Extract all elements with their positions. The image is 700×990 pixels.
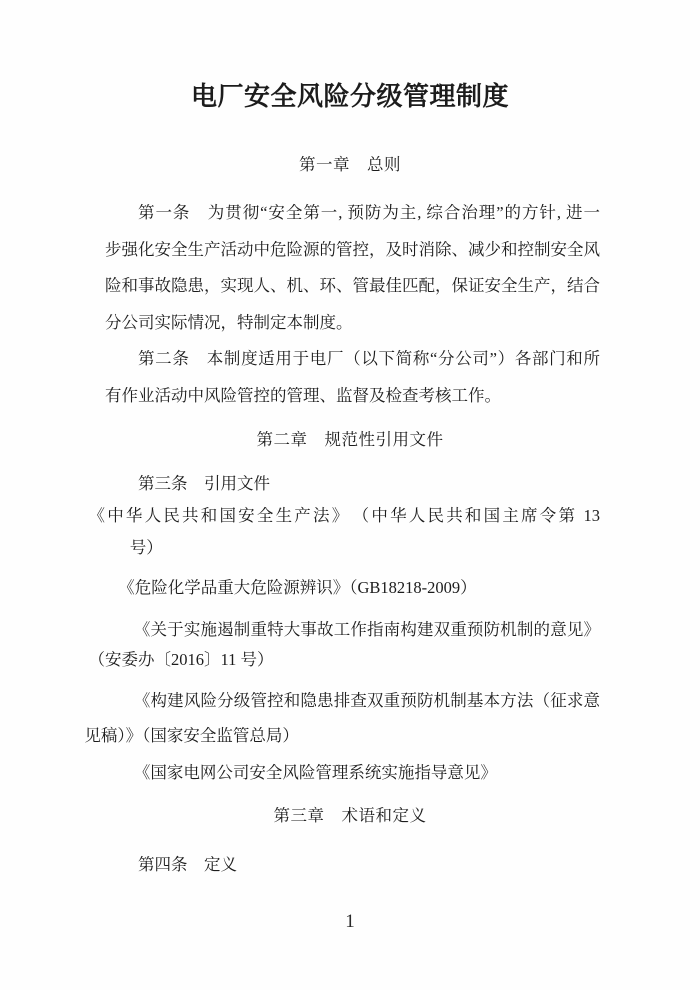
- article3-heading: 第三条 引用文件: [105, 471, 600, 497]
- reference3-line-1: 《关于实施遏制重特大事故工作指南构建双重预防机制的意见》: [105, 617, 600, 643]
- article1-line-1: 第一条 为贯彻“安全第一, 预防为主, 综合治理”的方针, 进一: [105, 195, 600, 232]
- chapter1-body: 第一条 为贯彻“安全第一, 预防为主, 综合治理”的方针, 进一 步强化安全生产…: [105, 195, 600, 415]
- reference3-line-2: （安委办〔2016〕11 号）: [105, 647, 600, 673]
- chapter3-heading: 第三章 术语和定义: [0, 803, 700, 829]
- document-title: 电厂安全风险分级管理制度: [0, 80, 700, 114]
- reference4-line-1: 《构建风险分级管控和隐患排查双重预防机制基本方法（征求意: [105, 688, 600, 714]
- article1-line-2: 步强化安全生产活动中危险源的管控，及时消除、减少和控制安全风: [105, 232, 600, 269]
- reference2-line-1: 《危险化学品重大危险源辨识》（GB18218-2009）: [105, 575, 600, 601]
- article4-heading: 第四条 定义: [105, 852, 600, 878]
- article2-line-1: 第二条 本制度适用于电厂（以下简称“分公司”）各部门和所: [105, 341, 600, 378]
- document-page: 电厂安全风险分级管理制度 第一章 总则 第一条 为贯彻“安全第一, 预防为主, …: [0, 0, 700, 990]
- article2-line-2: 有作业活动中风险管控的管理、监督及检查考核工作。: [105, 378, 600, 415]
- reference1-line-2: 号）: [105, 535, 600, 561]
- page-number: 1: [0, 909, 700, 935]
- chapter1-heading: 第一章 总则: [0, 152, 700, 178]
- article1-line-4: 分公司实际情况，特制定本制度。: [105, 305, 600, 342]
- chapter2-heading: 第二章 规范性引用文件: [0, 427, 700, 453]
- reference5-line-1: 《国家电网公司安全风险管理系统实施指导意见》: [105, 760, 600, 786]
- article1-line-3: 险和事故隐患，实现人、机、环、管最佳匹配，保证安全生产，结合: [105, 268, 600, 305]
- reference1-line-1: 《中华人民共和国安全生产法》 （中华人民共和国主席令第 13: [105, 503, 600, 529]
- reference4-line-2: 见稿）》（国家安全监管总局）: [105, 723, 600, 749]
